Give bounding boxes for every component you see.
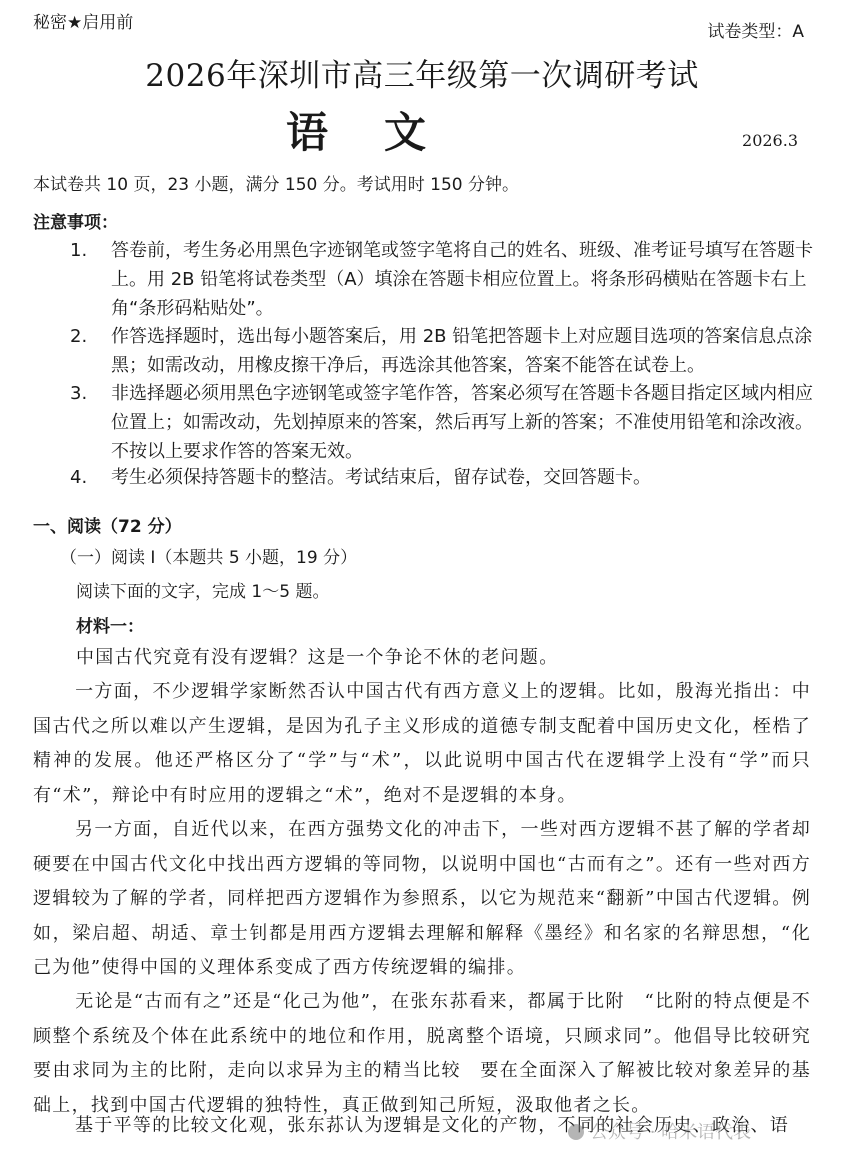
exam-date: 2026.3 (742, 131, 798, 150)
notice-number: 2. (70, 322, 87, 351)
paragraph-text: 一方面，不少逻辑学家断然否认中国古代有西方意义上的逻辑。比如，殷海光指出：中国古… (33, 681, 811, 806)
notice-text: 考生必须保持答题卡的整洁。考试结束后，留存试卷，交回答题卡。 (111, 463, 821, 492)
notice-text: 答卷前，考生务必用黑色字迹钢笔或签字笔将自己的姓名、班级、准考证号填写在答题卡上… (111, 236, 821, 323)
paragraph-text: 中国古代究竟有没有逻辑？这是一个争论不休的老问题。 (76, 647, 559, 668)
subject-title: 语文 (286, 100, 426, 160)
paper-info: 本试卷共 10 页，23 小题，满分 150 分。考试用时 150 分钟。 (33, 170, 519, 195)
notice-text: 作答选择题时，选出每小题答案后，用 2B 铅笔把答题卡上对应题目选项的答案信息点… (111, 322, 821, 380)
paper-type-label: 试卷类型：A (707, 17, 804, 42)
subsection-heading: （一）阅读 I（本题共 5 小题，19 分） (60, 543, 357, 568)
notice-number: 4. (70, 463, 87, 492)
passage-paragraph: 中国古代究竟有没有逻辑？这是一个争论不休的老问题。 (76, 641, 816, 676)
notice-title: 注意事项： (33, 208, 118, 233)
watermark-text: 公众号 · 哈米语代表 (590, 1122, 751, 1143)
notice-number: 1. (70, 236, 87, 265)
passage-paragraph: 一方面，不少逻辑学家断然否认中国古代有西方意义上的逻辑。比如，殷海光指出：中国古… (33, 675, 811, 813)
watermark: 公众号 · 哈米语代表 (568, 1118, 751, 1144)
notice-number: 3. (70, 379, 87, 408)
paragraph-text: 无论是“古而有之”还是“化己为他”，在张东荪看来，都属于比附 “比附的特点便是不… (33, 991, 811, 1116)
passage-paragraph: 另一方面，自近代以来，在西方强势文化的冲击下，一些对西方逻辑不甚了解的学者却硬要… (33, 813, 811, 986)
reading-instruction: 阅读下面的文字，完成 1～5 题。 (76, 577, 329, 602)
exam-title: 2026年深圳市高三年级第一次调研考试 (0, 50, 844, 95)
passage-paragraph: 无论是“古而有之”还是“化己为他”，在张东荪看来，都属于比附 “比附的特点便是不… (33, 985, 811, 1123)
confidential-label: 秘密★启用前 (33, 8, 133, 33)
paragraph-text: 另一方面，自近代以来，在西方强势文化的冲击下，一些对西方逻辑不甚了解的学者却硬要… (33, 819, 811, 978)
subject-char: 文 (384, 108, 426, 157)
wechat-logo-icon (568, 1124, 584, 1140)
material-label: 材料一： (76, 612, 144, 637)
section-heading: 一、阅读（72 分） (33, 512, 182, 537)
subject-char: 语 (286, 108, 328, 157)
notice-text: 非选择题必须用黑色字迹钢笔或签字笔作答，答案必须写在答题卡各题目指定区域内相应位… (111, 379, 821, 466)
